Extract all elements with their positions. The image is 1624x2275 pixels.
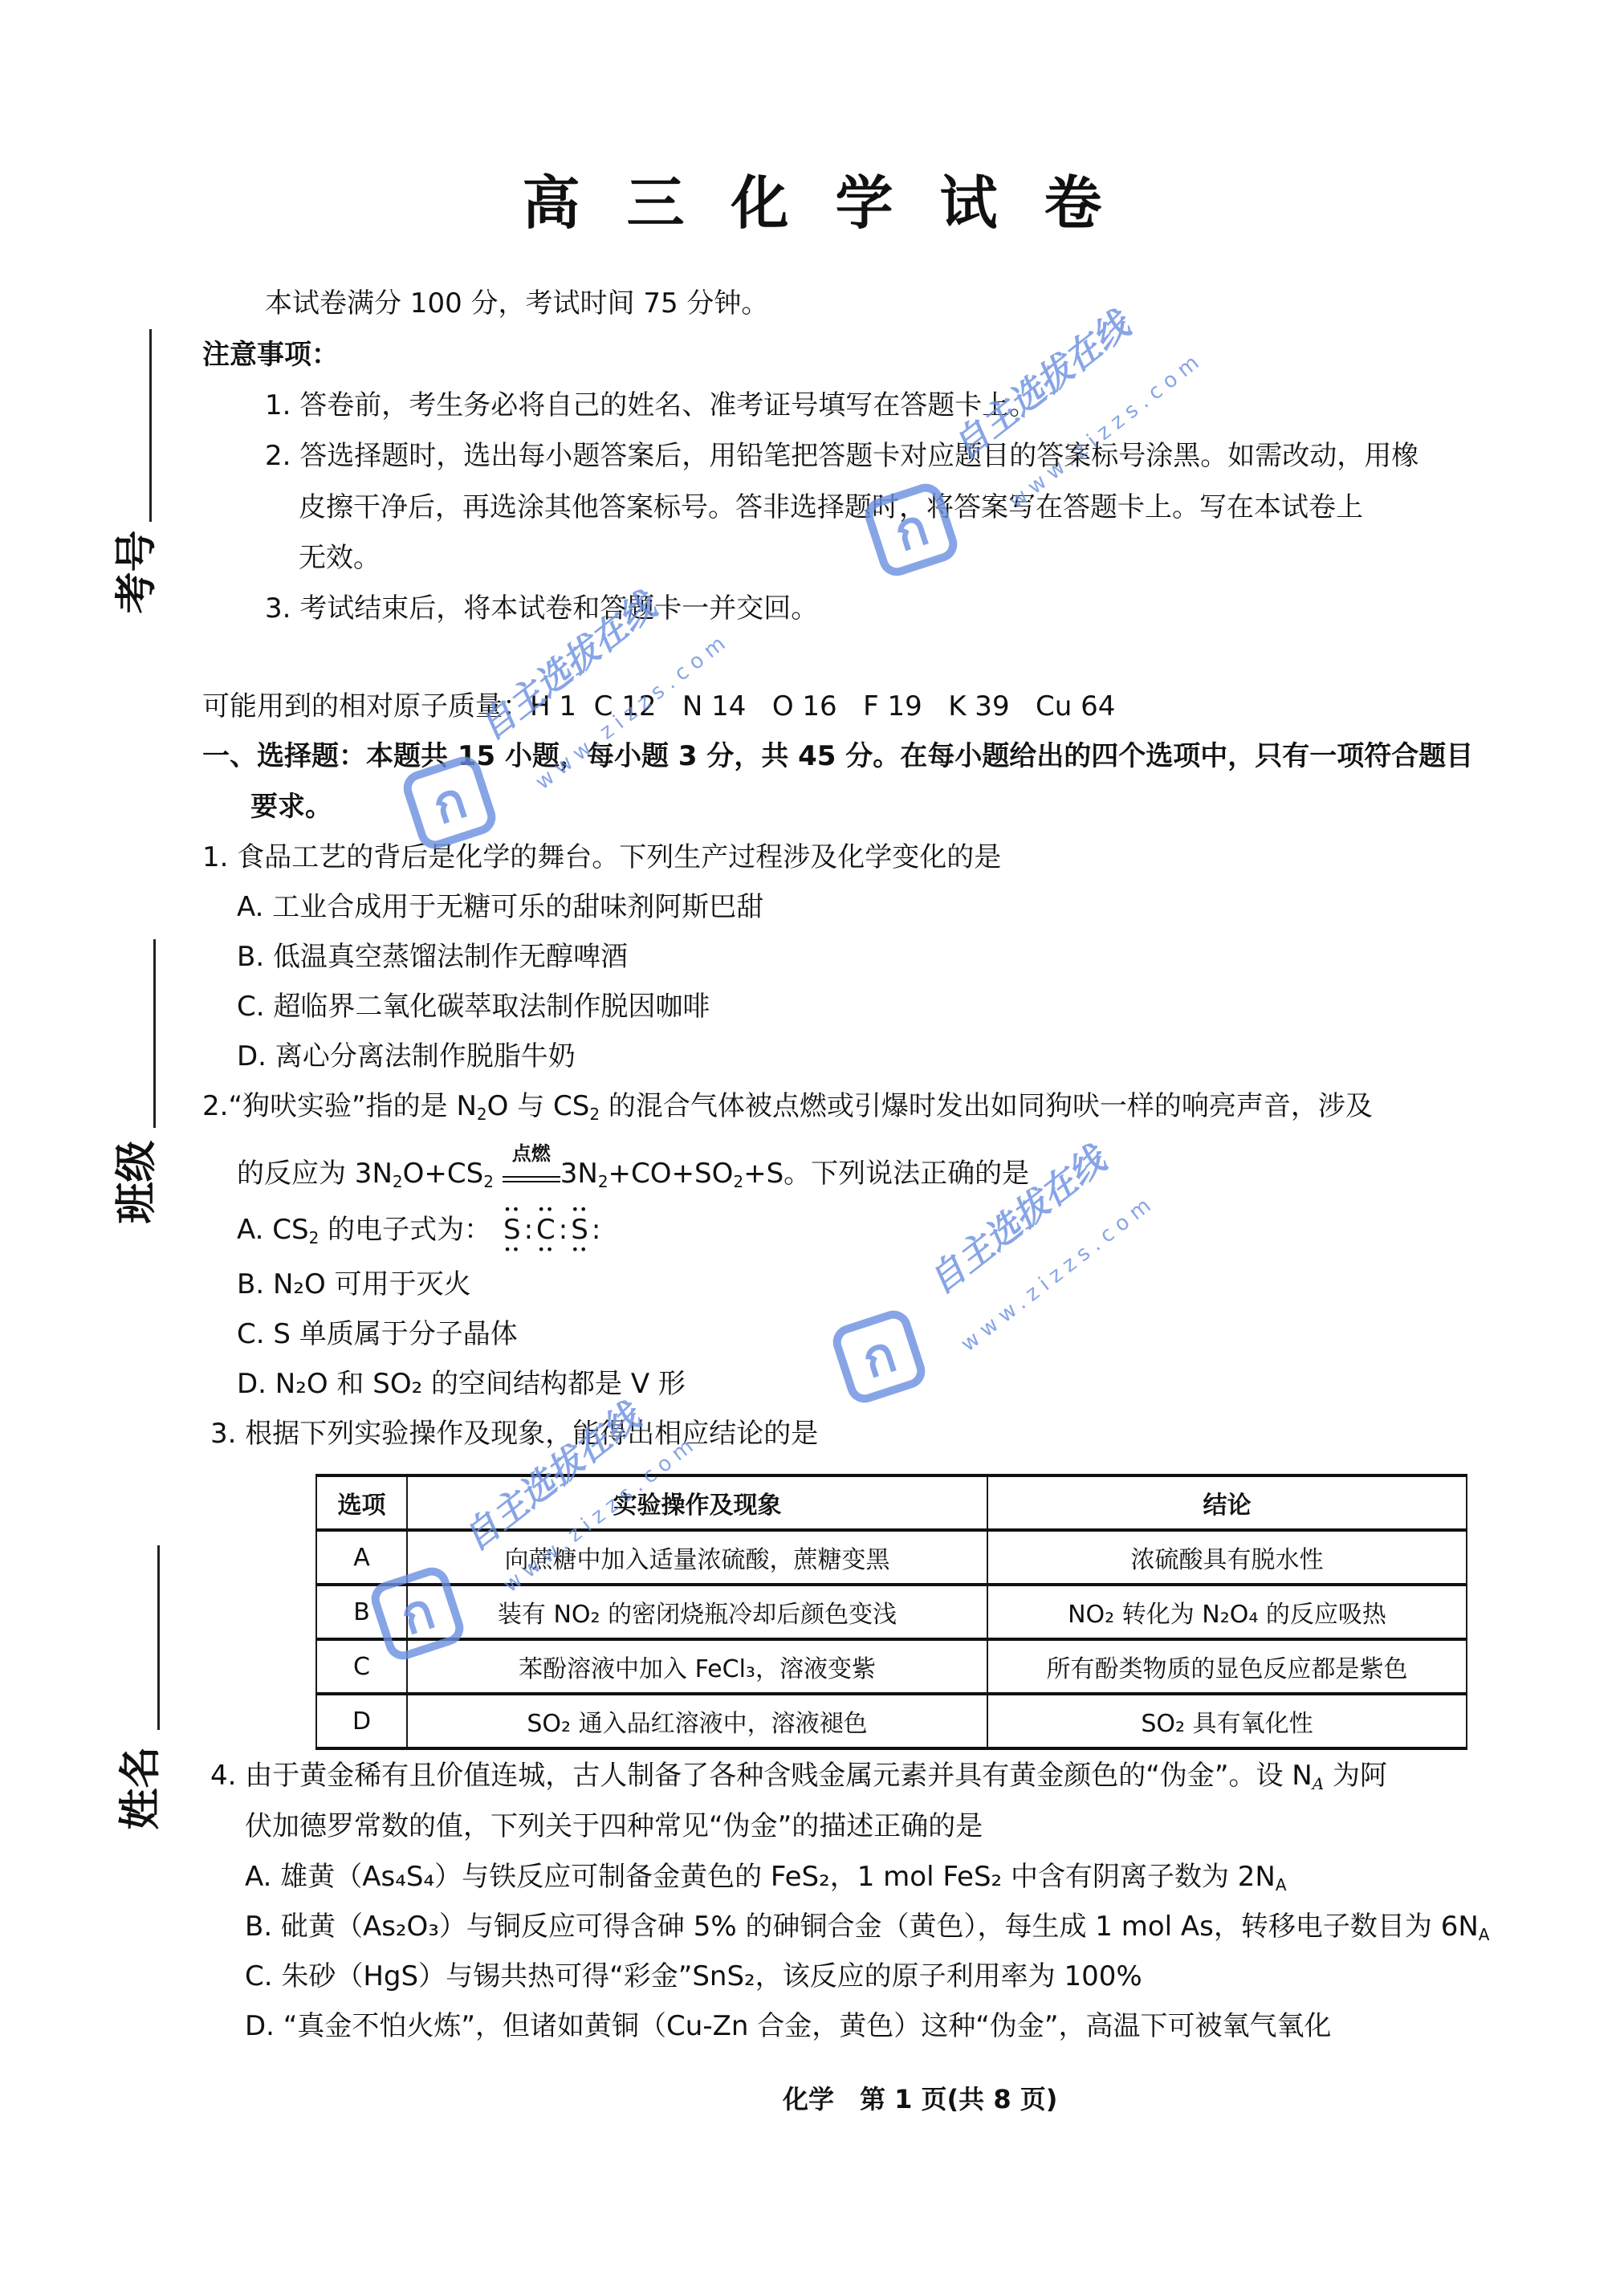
- question-2-equation-line: 的反应为 3N2O+CS2 点燃3N2+CO+SO2+S。下列说法正确的是: [237, 1158, 1029, 1190]
- question-4-option-a: A. 雄黄（As₄S₄）与铁反应可制备金黄色的 FeS₂，1 mol FeS₂ …: [245, 1861, 1287, 1893]
- question-3-stem: 3. 根据下列实验操作及现象，能得出相应结论的是: [210, 1418, 818, 1450]
- reaction-condition: 点燃: [503, 1162, 560, 1182]
- table-row: B 装有 NO₂ 的密闭烧瓶冷却后颜色变浅 NO₂ 转化为 N₂O₄ 的反应吸热: [316, 1585, 1467, 1639]
- question-1-stem: 1. 食品工艺的背后是化学的舞台。下列生产过程涉及化学变化的是: [202, 841, 1001, 873]
- table-header: 选项: [316, 1475, 407, 1530]
- notice-item-2-cont: 皮擦干净后，再选涂其他答案标号。答非选择题时，将答案写在答题卡上。写在本试卷上: [299, 491, 1363, 523]
- question-2-option-c: C. S 单质属于分子晶体: [237, 1318, 518, 1350]
- table-row: C 苯酚溶液中加入 FeCl₃，溶液变紫 所有酚类物质的显色反应都是紫色: [316, 1639, 1467, 1694]
- question-4-stem-line2: 伏加德罗常数的值，下列关于四种常见“伪金”的描述正确的是: [245, 1810, 983, 1842]
- page-title: 高三化学试卷: [0, 157, 1624, 240]
- notice-item-1: 1. 答卷前，考生务必将自己的姓名、准考证号填写在答题卡上。: [265, 389, 1036, 421]
- question-4-option-b: B. 砒黄（As₂O₃）与铜反应可得含砷 5% 的砷铜合金（黄色），每生成 1 …: [245, 1911, 1489, 1943]
- name-label: 姓名: [107, 1744, 167, 1833]
- question-1-option-b: B. 低温真空蒸馏法制作无醇啤酒: [237, 941, 628, 973]
- notice-item-3: 3. 考试结束后，将本试卷和答题卡一并交回。: [265, 592, 818, 625]
- question-4-stem-line1: 4. 由于黄金稀有且价值连城，古人制备了各种含贱金属元素并具有黄金颜色的“伪金”…: [210, 1760, 1387, 1792]
- page-footer: 化学 第 1 页(共 8 页): [783, 2079, 1057, 2116]
- question-1-option-c: C. 超临界二氧化碳萃取法制作脱因咖啡: [237, 991, 710, 1023]
- notice-heading: 注意事项：: [202, 339, 339, 371]
- equals-sign: [503, 1176, 560, 1182]
- table-row: D SO₂ 通入品红溶液中，溶液褪色 SO₂ 具有氧化性: [316, 1694, 1467, 1748]
- class-rule: [153, 939, 156, 1128]
- question-1-option-a: A. 工业合成用于无糖可乐的甜味剂阿斯巴甜: [237, 891, 763, 923]
- question-2-option-a: A. CS2 的电子式为： ••S••:••C••:••S••:: [237, 1214, 600, 1246]
- section-heading-cont: 要求。: [250, 791, 332, 823]
- exam-number-label: 考号: [103, 528, 163, 617]
- notice-item-2: 2. 答选择题时，选出每小题答案后，用铅笔把答题卡对应题目的答案标号涂黑。如需改…: [265, 440, 1418, 472]
- name-rule: [157, 1545, 160, 1730]
- question-2-option-b: B. N₂O 可用于灭火: [237, 1268, 471, 1300]
- question-1-option-d: D. 离心分离法制作脱脂牛奶: [237, 1040, 576, 1072]
- lewis-atom-s: ••S••: [571, 1214, 588, 1246]
- exam-number-rule: [149, 329, 152, 522]
- table-header: 结论: [987, 1475, 1467, 1530]
- exam-intro: 本试卷满分 100 分，考试时间 75 分钟。: [265, 287, 768, 319]
- question-4-option-d: D. “真金不怕火炼”，但诸如黄铜（Cu-Zn 合金，黄色）这种“伪金”，高温下…: [245, 2010, 1331, 2042]
- watermark-logo-icon: ก: [828, 1306, 930, 1407]
- lewis-atom-c: ••C••: [536, 1214, 556, 1246]
- notice-item-2-end: 无效。: [299, 542, 381, 574]
- section-heading: 一、选择题：本题共 15 小题，每小题 3 分，共 45 分。在每小题给出的四个…: [202, 740, 1473, 772]
- class-label: 班级: [103, 1138, 163, 1227]
- question-2-stem-line1: 2.“狗吠实验”指的是 N2O 与 CS2 的混合气体被点燃或引爆时发出如同狗吠…: [202, 1090, 1373, 1122]
- lewis-atom-s: ••S••: [503, 1214, 521, 1246]
- question-4-option-c: C. 朱砂（HgS）与锡共热可得“彩金”SnS₂，该反应的原子利用率为 100%: [245, 1960, 1142, 1992]
